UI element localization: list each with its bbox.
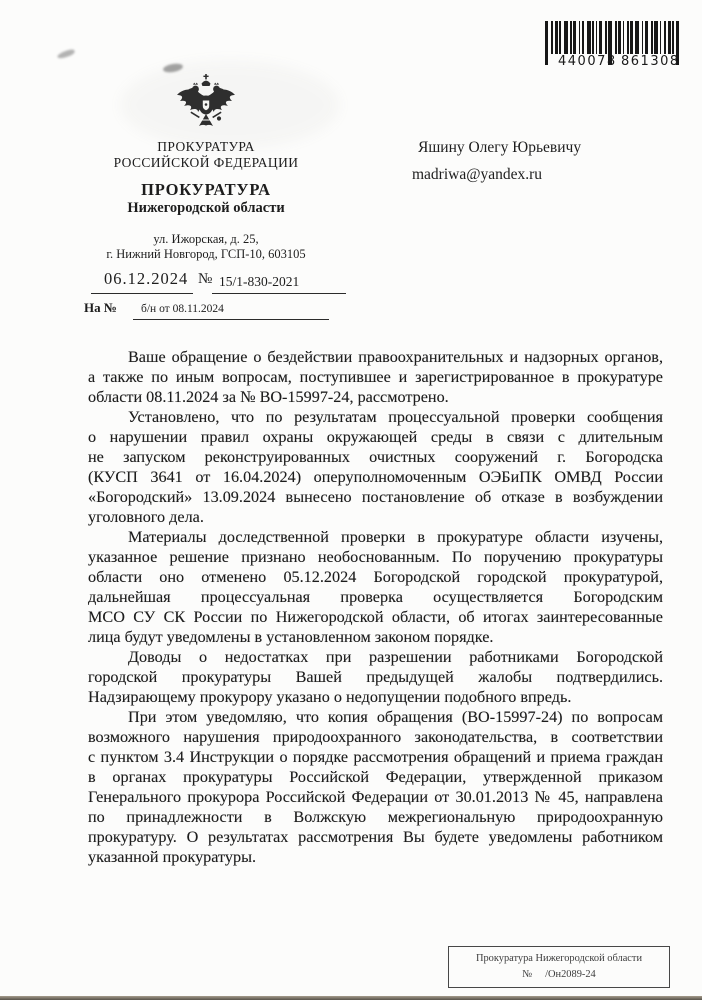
- number-underline: [212, 293, 346, 294]
- barcode-bar: [587, 21, 591, 54]
- number-sign: №: [198, 271, 212, 288]
- text-line: Надзирающему прокурору указано о недопущ…: [88, 687, 663, 707]
- text-line: не запуском реконструированных очистных …: [88, 447, 663, 467]
- barcode: 440078 861308: [545, 21, 687, 71]
- scan-artifact: [57, 48, 76, 59]
- org-address: ул. Ижорская, д. 25,: [70, 232, 342, 247]
- text-line: возможного нарушения природоохранного за…: [88, 727, 663, 747]
- barcode-bar: [573, 21, 576, 54]
- barcode-bar: [627, 21, 629, 54]
- parent-org-name: РОССИЙСКОЙ ФЕДЕРАЦИИ: [70, 155, 342, 171]
- stamp-number: №/Он2089-24: [453, 969, 665, 980]
- scanned-letter-page: 440078 861308: [0, 0, 702, 1000]
- stamp-org-name: Прокуратура Нижегородской области: [453, 953, 665, 964]
- text-line: области оно отменено 05.12.2024 Богородс…: [88, 567, 663, 587]
- barcode-bar: [596, 21, 597, 54]
- paragraph: При этом уведомляю, что копия обращения …: [88, 707, 663, 867]
- barcode-digits-right: 861308: [621, 54, 680, 69]
- paragraph: Доводы о недостатках при разрешении рабо…: [88, 647, 663, 707]
- org-name: ПРОКУРАТУРА: [70, 180, 342, 200]
- barcode-bar: [570, 21, 572, 54]
- barcode-digits-left: 440078: [558, 54, 617, 69]
- reply-underline: [133, 319, 329, 320]
- date-underline: [91, 293, 193, 294]
- barcode-bar: [623, 21, 624, 54]
- outgoing-number: 15/1-830-2021: [219, 274, 299, 290]
- letterhead: ПРОКУРАТУРА РОССИЙСКОЙ ФЕДЕРАЦИИ ПРОКУРА…: [70, 74, 342, 262]
- barcode-bar: [555, 21, 558, 54]
- barcode-bar: [564, 21, 568, 54]
- letter-date: 06.12.2024: [104, 269, 188, 289]
- barcode-bar: [660, 21, 661, 54]
- text-line: лица будут уведомлены в установленном за…: [88, 627, 663, 647]
- text-line: Генерального прокурора Российской Федера…: [88, 787, 663, 807]
- barcode-bar: [559, 21, 561, 54]
- text-line: в органах прокуратуры Российской Федерац…: [88, 767, 663, 787]
- paragraph: Материалы доследственной проверки в прок…: [88, 527, 663, 647]
- text-line: Установлено, что по результатам процессу…: [88, 407, 663, 427]
- org-address: г. Нижний Новгород, ГСП-10, 603105: [70, 247, 342, 262]
- stamp-number-value: /Он2089-24: [545, 969, 596, 980]
- paragraph: Ваше обращение о бездействии правоохрани…: [88, 347, 663, 407]
- reply-to-label: На №: [84, 300, 117, 316]
- barcode-bar: [651, 21, 653, 54]
- text-line: (КУСП 3641 от 16.04.2024) оперуполномоче…: [88, 467, 663, 487]
- text-line: дальнейшая процессуальная проверка осуще…: [88, 587, 663, 607]
- text-line: городской прокуратуры Вашей предыдущей ж…: [88, 667, 663, 687]
- text-line: а также по иным вопросам, поступившее и …: [88, 367, 663, 387]
- barcode-bar: [545, 21, 548, 65]
- barcode-bar: [615, 21, 617, 54]
- barcode-bar: [618, 21, 621, 54]
- barcode-bar: [605, 21, 607, 54]
- text-line: уголовного дела.: [88, 507, 663, 527]
- text-line: При этом уведомляю, что копия обращения …: [88, 707, 663, 727]
- text-line: с пунктом 3.4 Инструкции о порядке рассм…: [88, 747, 663, 767]
- recipient-email: madriwa@yandex.ru: [412, 166, 542, 184]
- paragraph: Установлено, что по результатам процессу…: [88, 407, 663, 527]
- registration-stamp: Прокуратура Нижегородской области №/Он20…: [448, 946, 670, 988]
- text-line: прокуратуру. О результатах рассмотрения …: [88, 827, 663, 847]
- text-line: указанное решение признано необоснованны…: [88, 547, 663, 567]
- barcode-bar: [551, 21, 553, 54]
- text-line: «Богородский» 13.09.2024 вынесено постан…: [88, 487, 663, 507]
- reply-to-number: б/н от 08.11.2024: [141, 303, 224, 315]
- barcode-bar: [645, 21, 648, 54]
- org-name: Нижегородской области: [70, 200, 342, 217]
- text-line: Доводы о недостатках при разрешении рабо…: [88, 647, 663, 667]
- barcode-bar: [582, 21, 584, 54]
- barcode-bar: [579, 21, 580, 54]
- barcode-bar: [668, 21, 671, 54]
- text-line: области 08.11.2024 за № ВО-15997-24, рас…: [88, 387, 663, 407]
- text-line: МСО СУ СК России по Нижегородской област…: [88, 607, 663, 627]
- barcode-bar: [635, 21, 639, 54]
- barcode-bar: [630, 21, 633, 54]
- barcode-bar: [654, 21, 658, 54]
- barcode-bar: [642, 21, 643, 54]
- recipient-name: Яшину Олегу Юрьевичу: [418, 139, 581, 157]
- barcode-bar: [599, 21, 602, 54]
- scan-edge: [0, 996, 702, 1000]
- document-body: Ваше обращение о бездействии правоохрани…: [88, 347, 663, 867]
- barcode-bar: [664, 21, 666, 54]
- text-line: о нарушении правил охраны окружающей сре…: [88, 427, 663, 447]
- scan-artifact: [162, 62, 183, 73]
- text-line: Ваше обращение о бездействии правоохрани…: [88, 347, 663, 367]
- stamp-number-sign: №: [522, 969, 532, 980]
- coat-of-arms-eagle-icon: [174, 74, 238, 132]
- barcode-bar: [672, 21, 674, 54]
- parent-org-name: ПРОКУРАТУРА: [70, 139, 342, 155]
- text-line: по принадлежности в Волжскую межрегионал…: [88, 807, 663, 827]
- text-line: указанной прокуратуры.: [88, 847, 663, 867]
- barcode-bar: [592, 21, 594, 54]
- text-line: Материалы доследственной проверки в прок…: [88, 527, 663, 547]
